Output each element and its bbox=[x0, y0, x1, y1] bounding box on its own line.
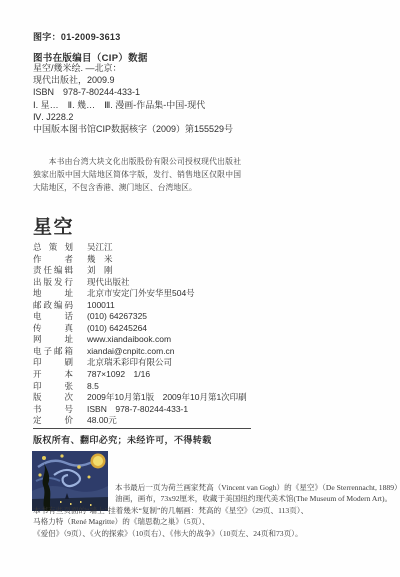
publication-details: 总策划吴江江 作者幾 米 责任编辑刘 刚 出版发行现代出版社 地址北京市安定门外… bbox=[33, 242, 247, 427]
book-title: 星空 bbox=[33, 212, 74, 239]
detail-row: 责任编辑刘 刚 bbox=[33, 265, 247, 277]
detail-label: 开本 bbox=[33, 369, 73, 381]
detail-value: xiandai@cnpitc.com.cn bbox=[87, 346, 175, 358]
detail-row: 电子邮箱xiandai@cnpitc.com.cn bbox=[33, 346, 247, 358]
detail-value: 刘 刚 bbox=[87, 265, 113, 277]
detail-value: 2009年10月第1版 2009年10月第1次印刷 bbox=[87, 392, 247, 404]
detail-label: 网址 bbox=[33, 334, 73, 346]
copyright-notice: 版权所有、翻印必究；未经许可，不得转载 bbox=[33, 433, 212, 446]
detail-row: 印张8.5 bbox=[33, 381, 247, 393]
detail-label: 印刷 bbox=[33, 357, 73, 369]
detail-row: 定价48.00元 bbox=[33, 415, 247, 427]
detail-row: 开本787×1092 1/16 bbox=[33, 369, 247, 381]
detail-row: 传真(010) 64245264 bbox=[33, 323, 247, 335]
detail-value: ISBN 978-7-80244-433-1 bbox=[87, 404, 188, 416]
detail-row: 作者幾 米 bbox=[33, 254, 247, 266]
detail-label: 传真 bbox=[33, 323, 73, 335]
detail-row: 印刷北京瑞禾彩印有限公司 bbox=[33, 357, 247, 369]
detail-row: 邮政编码100011 bbox=[33, 300, 247, 312]
detail-value: 787×1092 1/16 bbox=[87, 369, 150, 381]
detail-row: 书号ISBN 978-7-80244-433-1 bbox=[33, 404, 247, 416]
painting-note-line: 油画，画布，73x92厘米，收藏于美国纽约现代美术馆(The Museum of… bbox=[115, 493, 392, 504]
detail-row: 版次2009年10月第1版 2009年10月第1次印刷 bbox=[33, 392, 247, 404]
detail-value: 北京市安定门外安华里504号 bbox=[87, 288, 195, 300]
painting-note-line: 本书最后一页为荷兰画家梵高（Vincent van Gogh）的《星空》（De … bbox=[115, 482, 400, 493]
detail-label: 定价 bbox=[33, 415, 73, 427]
painting-note-line: 《爱侣》（9页）、《火的探索》（10页右）、《伟大的战争》（10页左、24页和7… bbox=[33, 528, 303, 539]
detail-row: 总策划吴江江 bbox=[33, 242, 247, 254]
detail-label: 地址 bbox=[33, 288, 73, 300]
detail-label: 总策划 bbox=[33, 242, 73, 254]
detail-value: 8.5 bbox=[87, 381, 99, 393]
starry-night-painting bbox=[32, 451, 108, 511]
detail-label: 作者 bbox=[33, 254, 73, 266]
cip-line: Ⅰ. 星… Ⅱ. 幾… Ⅲ. 漫画-作品集-中国-现代 bbox=[33, 99, 233, 111]
detail-label: 出版发行 bbox=[33, 277, 73, 289]
detail-label: 电话 bbox=[33, 311, 73, 323]
taiwan-license-note: 本书由台湾大块文化出版股份有限公司授权现代出版社独家出版中国大陆地区简体字版，发… bbox=[33, 155, 241, 194]
detail-value: 北京瑞禾彩印有限公司 bbox=[87, 357, 172, 369]
painting-note-line: 本书有些页面的“墙上”挂着幾米“复制”的几幅画：梵高的《星空》（29页、113页… bbox=[33, 505, 308, 516]
detail-value: (010) 64245264 bbox=[87, 323, 147, 335]
detail-label: 邮政编码 bbox=[33, 300, 73, 312]
detail-value: 48.00元 bbox=[87, 415, 117, 427]
detail-value: 幾 米 bbox=[87, 254, 113, 266]
detail-row: 地址北京市安定门外安华里504号 bbox=[33, 288, 247, 300]
detail-value: 100011 bbox=[87, 300, 115, 312]
detail-row: 出版发行现代出版社 bbox=[33, 277, 247, 289]
cip-line: Ⅳ. J228.2 bbox=[33, 111, 233, 123]
cip-line: ISBN 978-7-80244-433-1 bbox=[33, 86, 233, 98]
detail-label: 电子邮箱 bbox=[33, 346, 73, 358]
detail-value: 现代出版社 bbox=[87, 277, 130, 289]
cip-line: 中国版本图书馆CIP数据核字（2009）第155529号 bbox=[33, 123, 233, 135]
colophon-page: 图字：01-2009-3613 图书在版编目（CIP）数据 星空/幾米绘. —北… bbox=[0, 0, 400, 577]
detail-row: 电话(010) 64267325 bbox=[33, 311, 247, 323]
cip-line: 星空/幾米绘. —北京： bbox=[33, 62, 233, 74]
detail-value: www.xiandaibook.com bbox=[87, 334, 171, 346]
detail-label: 印张 bbox=[33, 381, 73, 393]
divider-rule bbox=[33, 428, 251, 429]
detail-row: 网址www.xiandaibook.com bbox=[33, 334, 247, 346]
detail-label: 版次 bbox=[33, 392, 73, 404]
cip-data-block: 星空/幾米绘. —北京： 现代出版社，2009.9 ISBN 978-7-802… bbox=[33, 62, 233, 135]
detail-label: 书号 bbox=[33, 404, 73, 416]
register-number-line: 图字：01-2009-3613 bbox=[33, 30, 121, 43]
cip-line: 现代出版社，2009.9 bbox=[33, 74, 233, 86]
detail-value: 吴江江 bbox=[87, 242, 113, 254]
detail-value: (010) 64267325 bbox=[87, 311, 147, 323]
painting-note-line: 马格力特（René Magritte）的《瑞思勒之巢》（5页）、 bbox=[33, 516, 210, 527]
detail-label: 责任编辑 bbox=[33, 265, 73, 277]
